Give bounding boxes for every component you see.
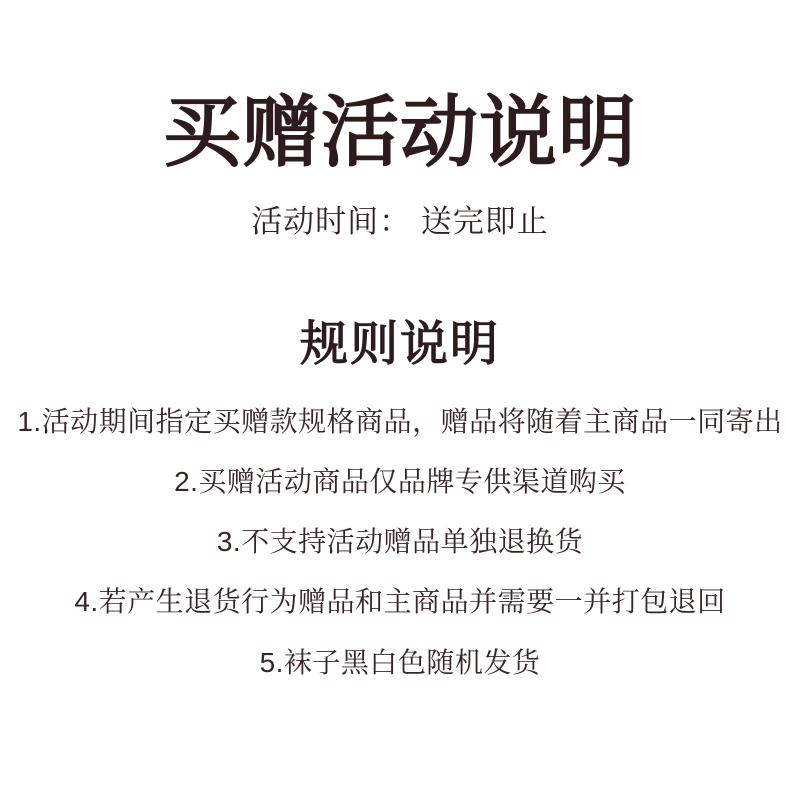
page-title: 买赠活动说明 — [0, 92, 800, 174]
activity-time-subtitle: 活动时间： 送完即止 — [0, 196, 800, 241]
rule-item-4: 4.若产生退货行为赠品和主商品并需要一并打包退回 — [8, 586, 792, 618]
rules-section-heading: 规则说明 — [0, 305, 800, 374]
promo-rules-poster: 买赠活动说明 活动时间： 送完即止 规则说明 1.活动期间指定买赠款规格商品，赠… — [0, 0, 800, 800]
rule-item-5: 5.袜子黑白色随机发货 — [8, 647, 792, 679]
rule-item-2: 2.买赠活动商品仅品牌专供渠道购买 — [8, 466, 792, 498]
rules-list: 1.活动期间指定买赠款规格商品，赠品将随着主商品一同寄出 2.买赠活动商品仅品牌… — [0, 406, 800, 679]
rule-item-3: 3.不支持活动赠品单独退换货 — [8, 526, 792, 558]
rule-item-1: 1.活动期间指定买赠款规格商品，赠品将随着主商品一同寄出 — [8, 406, 792, 438]
